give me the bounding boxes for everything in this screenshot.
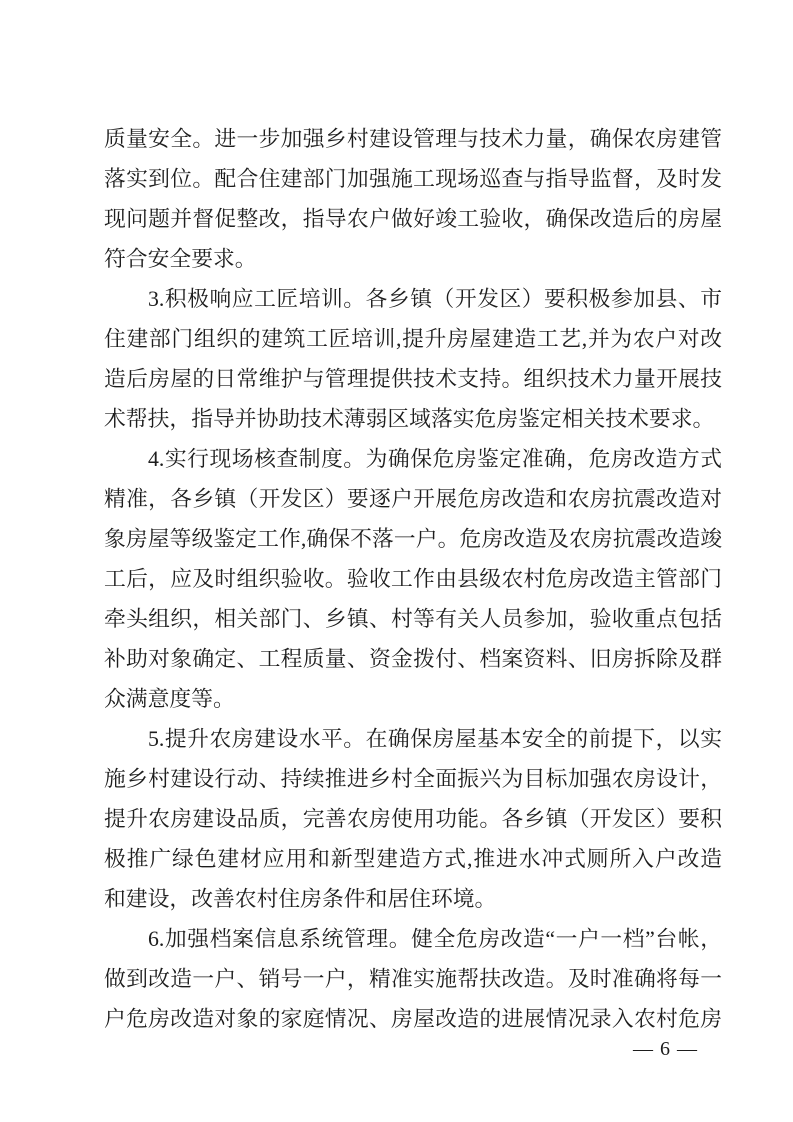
text-line: 4.实行现场核查制度。为确保危房鉴定准确，危房改造方式 <box>104 439 722 479</box>
text-line: 做到改造一户、销号一户，精准实施帮扶改造。及时准确将每一 <box>104 959 722 999</box>
text-line: 质量安全。进一步加强乡村建设管理与技术力量，确保农房建管 <box>104 119 722 159</box>
text-line: 和建设，改善农村住房条件和居住环境。 <box>104 879 722 919</box>
paragraph-item-5: 5.提升农房建设水平。在确保房屋基本安全的前提下，以实施乡村建设行动、持续推进乡… <box>104 719 722 919</box>
text-line: 符合安全要求。 <box>104 239 722 279</box>
text-line: 现问题并督促整改，指导农户做好竣工验收，确保改造后的房屋 <box>104 199 722 239</box>
text-line: 3.积极响应工匠培训。各乡镇（开发区）要积极参加县、市 <box>104 279 722 319</box>
document-body: 质量安全。进一步加强乡村建设管理与技术力量，确保农房建管落实到位。配合住建部门加… <box>104 119 722 1039</box>
page-number: — 6 — <box>633 1035 698 1063</box>
paragraph-item-3: 3.积极响应工匠培训。各乡镇（开发区）要积极参加县、市住建部门组织的建筑工匠培训… <box>104 279 722 439</box>
document-page: 质量安全。进一步加强乡村建设管理与技术力量，确保农房建管落实到位。配合住建部门加… <box>0 0 793 1122</box>
text-line: 牵头组织，相关部门、乡镇、村等有关人员参加，验收重点包括 <box>104 599 722 639</box>
text-line: 补助对象确定、工程质量、资金拨付、档案资料、旧房拆除及群 <box>104 639 722 679</box>
text-line: 住建部门组织的建筑工匠培训,提升房屋建造工艺,并为农户对改 <box>104 319 722 359</box>
text-line: 6.加强档案信息系统管理。健全危房改造“一户一档”台帐， <box>104 919 722 959</box>
text-line: 5.提升农房建设水平。在确保房屋基本安全的前提下，以实 <box>104 719 722 759</box>
text-line: 精准，各乡镇（开发区）要逐户开展危房改造和农房抗震改造对 <box>104 479 722 519</box>
text-line: 众满意度等。 <box>104 679 722 719</box>
text-line: 落实到位。配合住建部门加强施工现场巡查与指导监督，及时发 <box>104 159 722 199</box>
text-line: 工后，应及时组织验收。验收工作由县级农村危房改造主管部门 <box>104 559 722 599</box>
text-line: 施乡村建设行动、持续推进乡村全面振兴为目标加强农房设计， <box>104 759 722 799</box>
text-line: 提升农房建设品质，完善农房使用功能。各乡镇（开发区）要积 <box>104 799 722 839</box>
text-line: 术帮扶，指导并协助技术薄弱区域落实危房鉴定相关技术要求。 <box>104 399 722 439</box>
text-line: 造后房屋的日常维护与管理提供技术支持。组织技术力量开展技 <box>104 359 722 399</box>
paragraph-item-4: 4.实行现场核查制度。为确保危房鉴定准确，危房改造方式精准，各乡镇（开发区）要逐… <box>104 439 722 719</box>
paragraph-continuation: 质量安全。进一步加强乡村建设管理与技术力量，确保农房建管落实到位。配合住建部门加… <box>104 119 722 279</box>
paragraph-item-6: 6.加强档案信息系统管理。健全危房改造“一户一档”台帐，做到改造一户、销号一户，… <box>104 919 722 1039</box>
text-line: 极推广绿色建材应用和新型建造方式,推进水冲式厕所入户改造 <box>104 839 722 879</box>
text-line: 象房屋等级鉴定工作,确保不落一户。危房改造及农房抗震改造竣 <box>104 519 722 559</box>
text-line: 户危房改造对象的家庭情况、房屋改造的进展情况录入农村危房 <box>104 999 722 1039</box>
